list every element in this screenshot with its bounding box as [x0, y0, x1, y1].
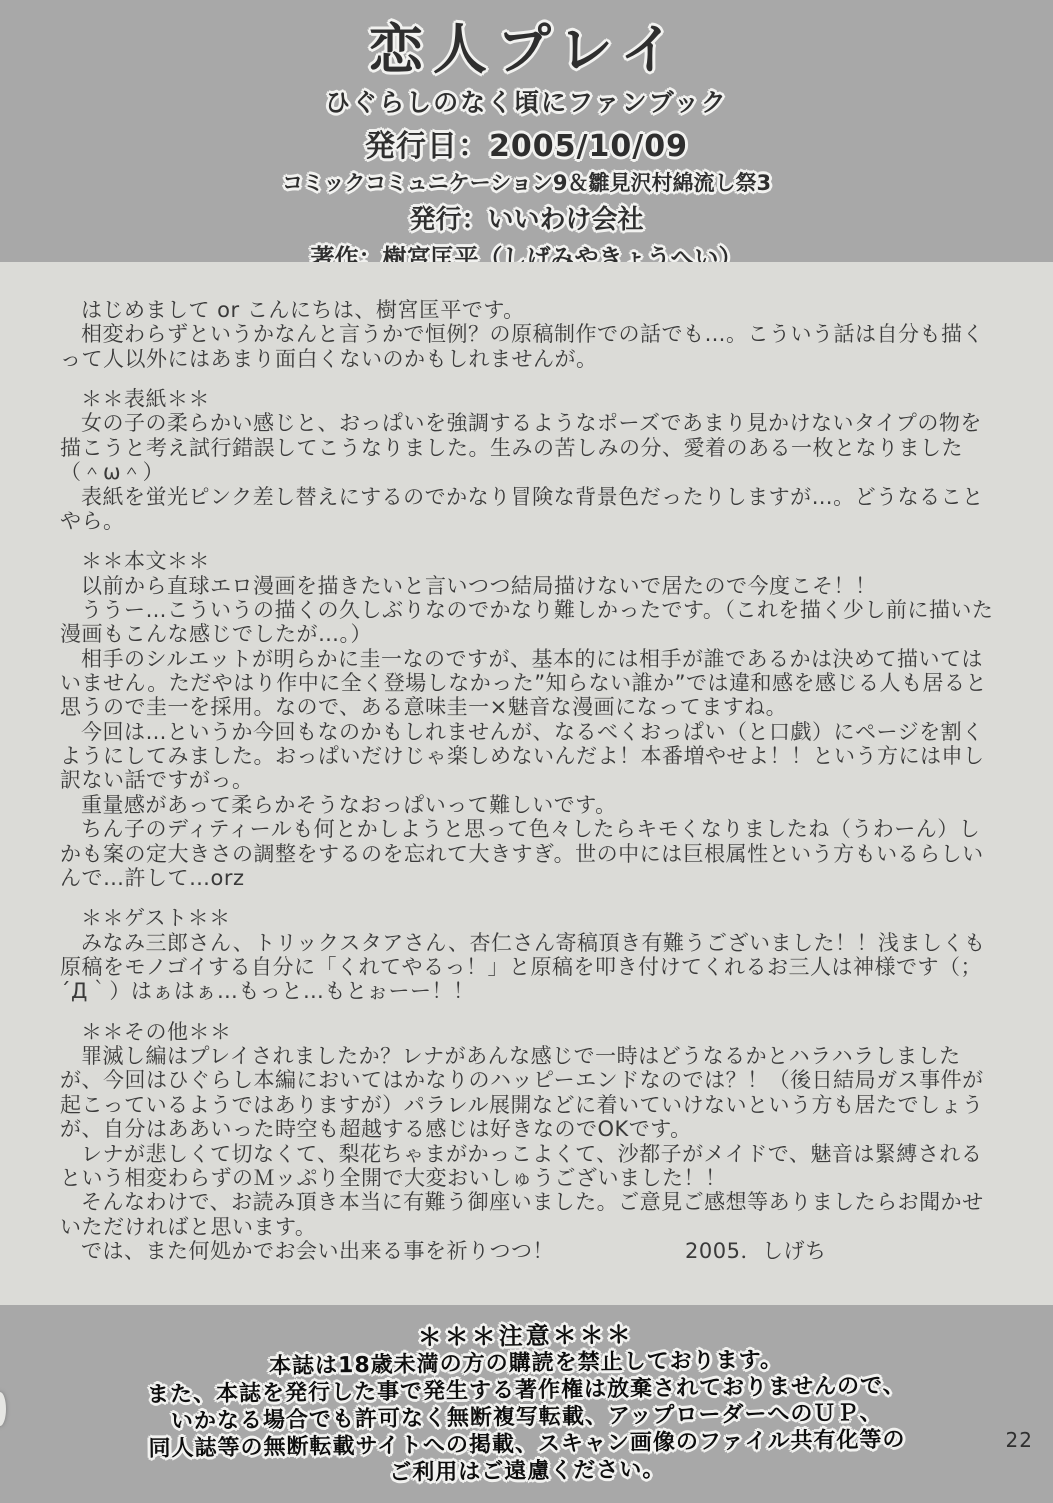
section-paragraph: ちん子のディティールも何とかしようと思って色々したらキモくなりましたね（うわーん… [60, 817, 995, 890]
colophon-header: 恋人プレイ ひぐらしのなく頃にファンブック 発行日：2005/10/09 コミッ… [0, 0, 1053, 262]
page-number: 22 [1006, 1428, 1033, 1452]
book-subtitle: ひぐらしのなく頃にファンブック [0, 83, 1053, 119]
section-paragraph: 表紙を蛍光ピンク差し替えにするのでかなり冒険な背景色だったりしますが…。どうなる… [60, 485, 995, 534]
event-line: コミックコミュニケーション9＆雛見沢村綿流し祭3 [0, 167, 1053, 197]
legal-notice: ＊＊＊注意＊＊＊ 本誌は18歳未満の方の購読を禁止しております。 また、本誌を発… [0, 1316, 1053, 1492]
section-heading-cover: ＊＊表紙＊＊ [60, 387, 995, 411]
publish-date: 発行日：2005/10/09 [0, 121, 1053, 165]
closing-text: では、また何処かでお会い出来る事を祈りつつ！ [60, 1239, 554, 1263]
section-paragraph: ううー…こういうの描くの久しぶりなのでかなり難しかったです。（これを描く少し前に… [60, 598, 995, 647]
section-paragraph: レナが悲しくて切なくて、梨花ちゃまがかっこよくて、沙都子がメイドで、魅音は緊縛さ… [60, 1142, 995, 1191]
book-title: 恋人プレイ [0, 22, 1053, 79]
section-heading-other: ＊＊その他＊＊ [60, 1020, 995, 1044]
section-paragraph: みなみ三郎さん、トリックスタアさん、杏仁さん寄稿頂き有難うございました！！浅まし… [60, 931, 995, 1004]
section-paragraph: 以前から直球エロ漫画を描きたいと言いつつ結局描けないで居たので今度こそ！！ [60, 574, 995, 598]
signature: 2005．しげち [664, 1239, 826, 1263]
intro-paragraph: はじめまして or こんにちは、樹宮匡平です。 [60, 298, 995, 322]
closing-line: では、また何処かでお会い出来る事を祈りつつ！ 2005．しげち [60, 1239, 995, 1263]
section-paragraph: 重量感があって柔らかそうなおっぱいって難しいです。 [60, 793, 995, 817]
section-paragraph: そんなわけで、お読み頂き本当に有難う御座いました。ご意見ご感想等ありましたらお聞… [60, 1190, 995, 1239]
section-paragraph: 罪滅し編はプレイされましたか？レナがあんな感じで一時はどうなるかとハラハラしまし… [60, 1044, 995, 1141]
section-paragraph: 女の子の柔らかい感じと、おっぱいを強調するようなポーズであまり見かけないタイプの… [60, 411, 995, 484]
section-paragraph: 今回は…というか今回もなのかもしれませんが、なるべくおっぱい（と口戯）にページを… [60, 720, 995, 793]
publisher-line: 発行：いいわけ会社 [0, 199, 1053, 236]
section-heading-guest: ＊＊ゲスト＊＊ [60, 906, 995, 930]
intro-paragraph: 相変わらずというかなんと言うかで恒例？の原稿制作での話でも…。こういう話は自分も… [60, 322, 995, 371]
section-paragraph: 相手のシルエットが明らかに圭一なのですが、基本的には相手が誰であるかは決めて描い… [60, 647, 995, 720]
afterword-panel: はじめまして or こんにちは、樹宮匡平です。 相変わらずというかなんと言うかで… [0, 262, 1053, 1305]
section-heading-main: ＊＊本文＊＊ [60, 549, 995, 573]
